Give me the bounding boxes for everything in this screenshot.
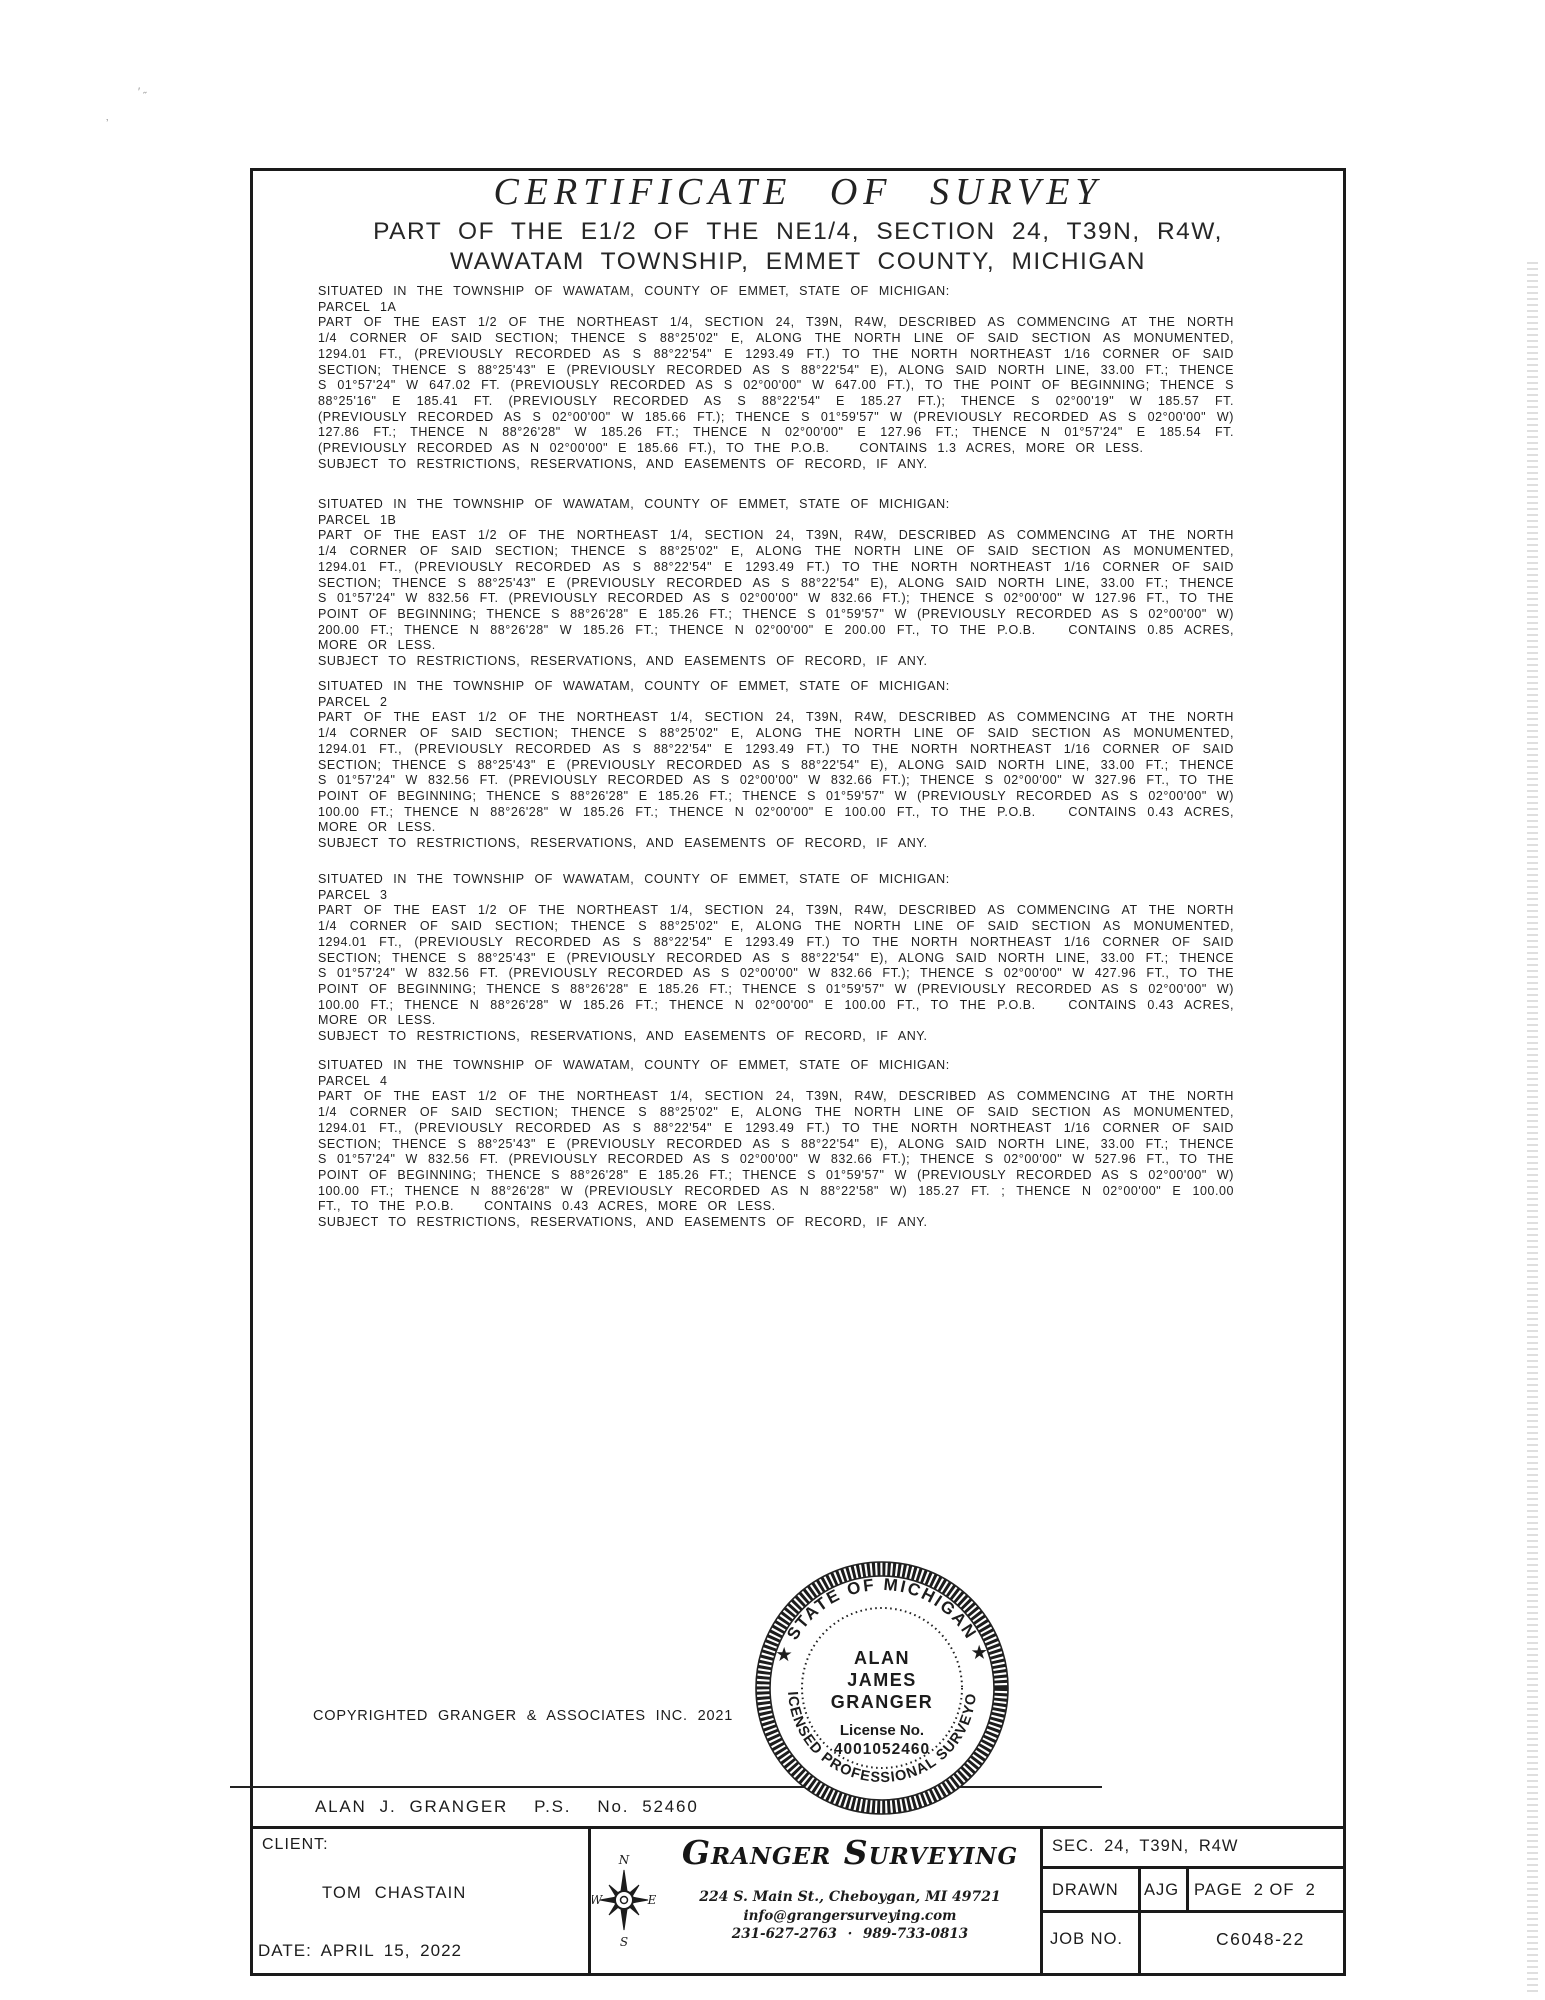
drawn-label: DRAWN bbox=[1052, 1881, 1119, 1900]
situated-line: SITUATED IN THE TOWNSHIP OF WAWATAM, COU… bbox=[318, 872, 1234, 888]
situated-line: SITUATED IN THE TOWNSHIP OF WAWATAM, COU… bbox=[318, 284, 1234, 300]
surveyor-seal: ★ STATE OF MICHIGAN ★ ★ LICENSED PROFESS… bbox=[752, 1558, 1012, 1818]
surveyor-signature-name: ALAN J. GRANGER P.S. No. 52460 bbox=[315, 1797, 699, 1817]
subject-line: SUBJECT TO RESTRICTIONS, RESERVATIONS, A… bbox=[318, 836, 1234, 852]
title-block-divider bbox=[1138, 1910, 1141, 1976]
situated-line: SITUATED IN THE TOWNSHIP OF WAWATAM, COU… bbox=[318, 1058, 1234, 1074]
section-reference: SEC. 24, T39N, R4W bbox=[1052, 1837, 1239, 1856]
subtitle-line-2: WAWATAM TOWNSHIP, EMMET COUNTY, MICHIGAN bbox=[253, 247, 1343, 277]
compass-w-label: W bbox=[592, 1893, 604, 1907]
subject-line: SUBJECT TO RESTRICTIONS, RESERVATIONS, A… bbox=[318, 1215, 1234, 1231]
parcel-label: PARCEL 1A bbox=[318, 300, 1234, 316]
parcel-label: PARCEL 4 bbox=[318, 1074, 1234, 1090]
compass-n-label: N bbox=[618, 1853, 630, 1867]
date-value: DATE: APRIL 15, 2022 bbox=[258, 1941, 462, 1961]
legal-description: PART OF THE EAST 1/2 OF THE NORTHEAST 1/… bbox=[318, 528, 1234, 654]
compass-hub bbox=[615, 1891, 633, 1909]
seal-license-number: 4001052460 bbox=[834, 1741, 930, 1758]
copyright-notice: COPYRIGHTED GRANGER & ASSOCIATES INC. 20… bbox=[313, 1708, 733, 1724]
job-number-label: JOB NO. bbox=[1050, 1930, 1123, 1949]
seal-name-line1: ALAN bbox=[854, 1648, 910, 1668]
parcel-2-description: SITUATED IN THE TOWNSHIP OF WAWATAM, COU… bbox=[318, 679, 1234, 852]
parcel-label: PARCEL 2 bbox=[318, 695, 1234, 711]
parcel-label: PARCEL 3 bbox=[318, 888, 1234, 904]
seal-name-line2: JAMES bbox=[847, 1670, 917, 1690]
parcel-1b-description: SITUATED IN THE TOWNSHIP OF WAWATAM, COU… bbox=[318, 497, 1234, 670]
subject-line: SUBJECT TO RESTRICTIONS, RESERVATIONS, A… bbox=[318, 457, 1234, 473]
legal-description: PART OF THE EAST 1/2 OF THE NORTHEAST 1/… bbox=[318, 315, 1234, 456]
compass-s-label: S bbox=[620, 1935, 628, 1949]
company-logo-name: Granger Surveying bbox=[655, 1833, 1045, 1872]
page-number: PAGE 2 OF 2 bbox=[1194, 1881, 1316, 1900]
subject-line: SUBJECT TO RESTRICTIONS, RESERVATIONS, A… bbox=[318, 1029, 1234, 1045]
pencil-mark: ′ ˶ bbox=[138, 86, 147, 98]
parcel-label: PARCEL 1B bbox=[318, 513, 1234, 529]
seal-license-label: License No. bbox=[840, 1722, 924, 1739]
parcel-4-description: SITUATED IN THE TOWNSHIP OF WAWATAM, COU… bbox=[318, 1058, 1234, 1231]
parcel-1a-description: SITUATED IN THE TOWNSHIP OF WAWATAM, COU… bbox=[318, 284, 1234, 472]
title-block-divider bbox=[588, 1826, 591, 1976]
title-block-divider bbox=[1040, 1866, 1346, 1869]
situated-line: SITUATED IN THE TOWNSHIP OF WAWATAM, COU… bbox=[318, 497, 1234, 513]
scanned-survey-page: ′ ˶ ʼ CERTIFICATE OF SURVEY PART OF THE … bbox=[0, 0, 1545, 2000]
compass-rose-icon: N S W E bbox=[592, 1852, 656, 1952]
document-subtitle: PART OF THE E1/2 OF THE NE1/4, SECTION 2… bbox=[253, 217, 1343, 277]
company-email: info@grangersurveying.com bbox=[655, 1908, 1045, 1924]
company-address: 224 S. Main St., Cheboygan, MI 49721 bbox=[655, 1889, 1045, 1905]
client-name: TOM CHASTAIN bbox=[322, 1884, 467, 1903]
job-number-value: C6048-22 bbox=[1216, 1929, 1305, 1950]
title-block-divider bbox=[1138, 1866, 1141, 1913]
parcel-3-description: SITUATED IN THE TOWNSHIP OF WAWATAM, COU… bbox=[318, 872, 1234, 1045]
pencil-mark: ʼ bbox=[106, 118, 108, 130]
scan-edge-artifact bbox=[1527, 262, 1538, 1994]
seal-name-line3: GRANGER bbox=[831, 1692, 934, 1712]
subtitle-line-1: PART OF THE E1/2 OF THE NE1/4, SECTION 2… bbox=[253, 217, 1343, 247]
situated-line: SITUATED IN THE TOWNSHIP OF WAWATAM, COU… bbox=[318, 679, 1234, 695]
document-title: CERTIFICATE OF SURVEY bbox=[253, 170, 1343, 214]
legal-description: PART OF THE EAST 1/2 OF THE NORTHEAST 1/… bbox=[318, 1089, 1234, 1215]
drawn-by-initials: AJG bbox=[1144, 1881, 1179, 1900]
title-block-divider bbox=[1186, 1866, 1189, 1913]
legal-description: PART OF THE EAST 1/2 OF THE NORTHEAST 1/… bbox=[318, 710, 1234, 836]
company-phones: 231-627-2763 · 989-733-0813 bbox=[655, 1926, 1045, 1942]
client-label: CLIENT: bbox=[262, 1836, 329, 1854]
legal-description: PART OF THE EAST 1/2 OF THE NORTHEAST 1/… bbox=[318, 903, 1234, 1029]
subject-line: SUBJECT TO RESTRICTIONS, RESERVATIONS, A… bbox=[318, 654, 1234, 670]
title-block-divider bbox=[1040, 1910, 1346, 1913]
compass-e-label: E bbox=[647, 1893, 656, 1907]
